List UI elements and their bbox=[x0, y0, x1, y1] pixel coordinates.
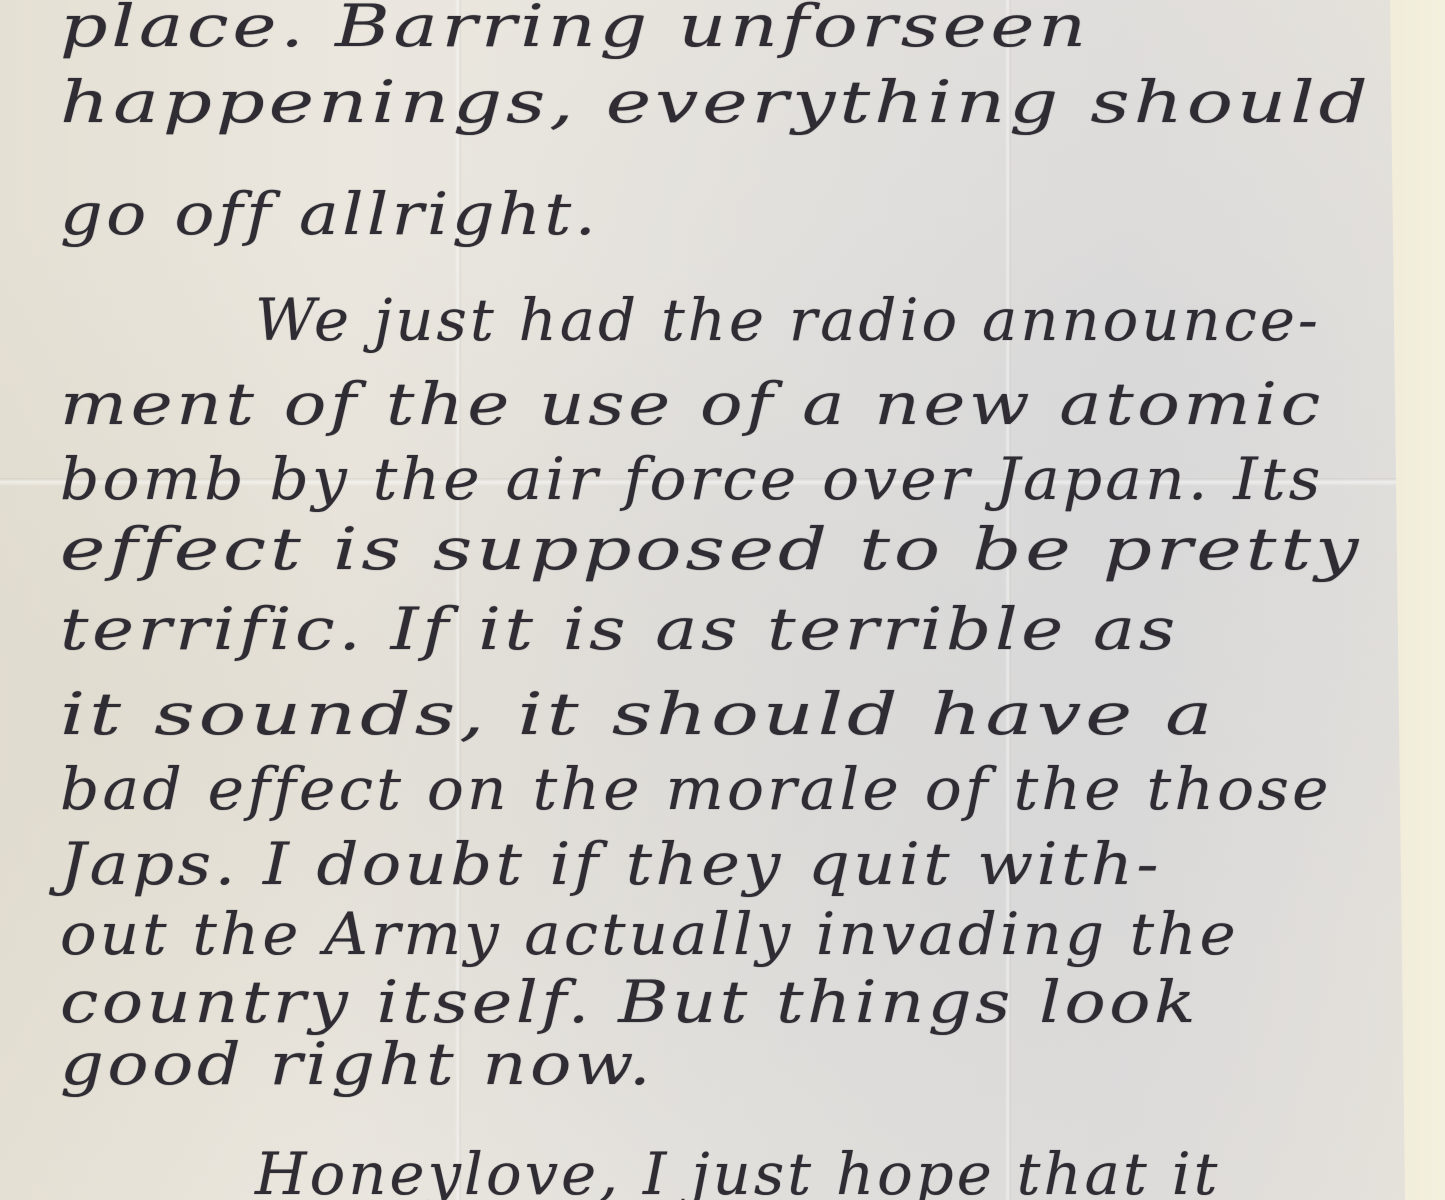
letter-line: Japs. I doubt if they quit with- bbox=[60, 830, 1162, 898]
letter-line: good right now. bbox=[60, 1030, 654, 1098]
letter-photo: place. Barring unforseen happenings, eve… bbox=[0, 0, 1445, 1200]
letter-line: country itself. But things look bbox=[60, 968, 1199, 1036]
letter-line: place. Barring unforseen bbox=[60, 0, 1090, 60]
letter-line: it sounds, it should have a bbox=[60, 680, 1216, 748]
letter-line: go off allright. bbox=[60, 180, 599, 248]
letter-line: out the Army actually invading the bbox=[60, 900, 1239, 968]
letter-line: ment of the use of a new atomic bbox=[60, 370, 1324, 438]
letter-line: effect is supposed to be pretty bbox=[60, 515, 1362, 583]
letter-line: bomb by the air force over Japan. Its bbox=[60, 445, 1323, 513]
handwritten-text: place. Barring unforseen happenings, eve… bbox=[0, 0, 1400, 1200]
letter-line-paragraph-start: We just had the radio announce- bbox=[255, 286, 1321, 354]
letter-line: terrific. If it is as terrible as bbox=[60, 595, 1179, 663]
letter-line: bad effect on the morale of the those bbox=[60, 755, 1332, 823]
letter-line-paragraph-start: Honeylove, I just hope that it bbox=[255, 1140, 1221, 1200]
letter-line: happenings, everything should bbox=[60, 68, 1372, 136]
letter-sheet: place. Barring unforseen happenings, eve… bbox=[0, 0, 1405, 1200]
